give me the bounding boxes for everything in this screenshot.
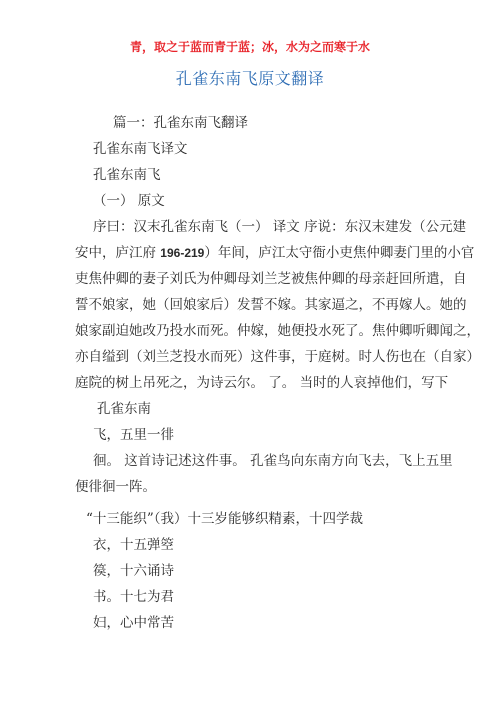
- paragraph-line: 妇，心中常苦: [93, 614, 174, 632]
- text-segment: ）年间，庐江太守衙小吏焦仲卿妻门里的小官: [204, 245, 474, 261]
- paragraph-line: 娘家副迫她改乃投水而死。仲嫁，她便投水死了。焦仲卿听卿闻之，: [75, 322, 480, 340]
- paragraph-line: 孔雀东南: [97, 400, 151, 418]
- header-quote: 青，取之于蓝而青于蓝；冰，水为之而寒于水: [0, 38, 500, 55]
- paragraph-line: 誓不娘家，她（回娘家后）发誓不嫁。其家逼之，不再嫁人。她的: [75, 296, 467, 314]
- paragraph-line: 安中，庐江府 196-219）年间，庐江太守衙小吏焦仲卿妻门里的小官: [75, 244, 474, 262]
- paragraph-line: 吏焦仲卿的妻子刘氏为仲卿母刘兰芝被焦仲卿的母亲赶回所遣，自: [75, 270, 467, 288]
- paragraph-line: 衣，十五弹箜: [93, 536, 174, 554]
- paragraph-line: 孔雀东南飞: [93, 166, 161, 184]
- page-title: 孔雀东南飞原文翻译: [0, 66, 500, 89]
- paragraph-line: 庭院的树上吊死之，为诗云尔。 了。 当时的人哀掉他们，写下: [75, 374, 448, 392]
- paragraph-line: 亦自缢到（刘兰芝投水而死）这件事，于庭树。时人伤也在（自家）: [75, 348, 480, 366]
- section-heading: 篇一：孔雀东南飞翻译: [113, 114, 248, 132]
- paragraph-line: 飞，五里一徘: [93, 426, 174, 444]
- paragraph-line: 徊。 这首诗记述这件事。 孔雀鸟向东南方向飞去，飞上五里: [93, 452, 453, 470]
- text-segment: 安中，庐江府: [75, 245, 160, 261]
- paragraph-line: 序曰：汉末孔雀东南飞（一） 译文 序说：东汉末建发（公元建: [93, 218, 466, 236]
- paragraph-line: 孔雀东南飞译文: [93, 140, 188, 158]
- year-range: 196-219: [160, 246, 204, 260]
- paragraph-line: （一） 原文: [93, 192, 165, 210]
- paragraph-line: 书。十七为君: [93, 588, 174, 606]
- paragraph-line: 便徘徊一阵。: [75, 478, 156, 496]
- paragraph-line: “十三能织”（我）十三岁能够织精素，十四学裁: [86, 510, 363, 528]
- paragraph-line: 篌，十六诵诗: [93, 562, 174, 580]
